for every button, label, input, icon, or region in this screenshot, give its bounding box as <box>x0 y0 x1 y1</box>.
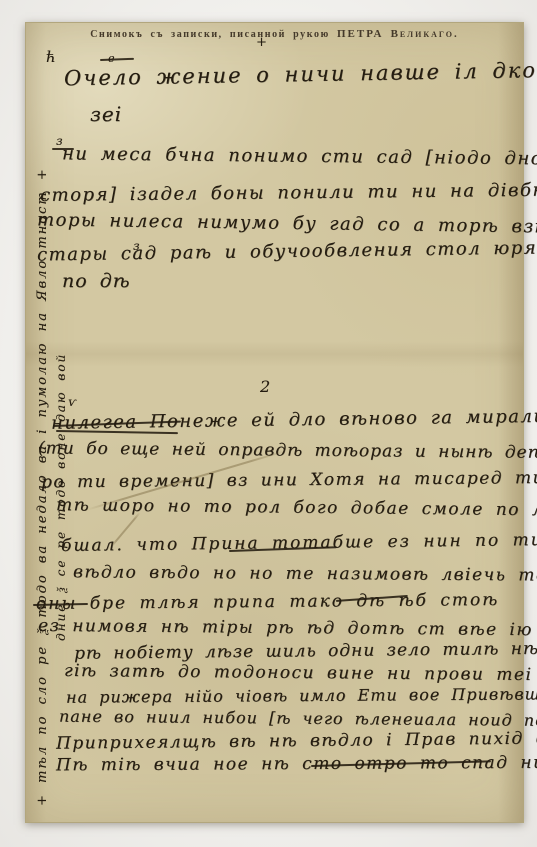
handwritten-line: бшал. что Прина тотабше ез нин по ти <box>61 530 537 556</box>
manuscript-page: Снимокъ съ записки, писанной рукою ПЕТРА… <box>25 22 524 823</box>
handwritten-line: ез нимовя нѣ тіры рѣ ѣд дотѣ ст вѣе ію <box>38 616 533 640</box>
caption-name-velikago: Великаго. <box>391 28 459 40</box>
margin-note-outer: + тѣл по сло ре ѯ тодо ва недало ва і пу… <box>34 167 50 806</box>
handwritten-line: рѣ нобіету лѣзе шиль одни зело тилѣ нѣ р… <box>74 638 537 664</box>
photo-mat: Снимокъ съ записки, писанной рукою ПЕТРА… <box>0 0 537 847</box>
overline-mark <box>100 58 134 61</box>
handwritten-line: по дѣ <box>62 270 131 292</box>
check-mark: ѵ <box>68 395 76 409</box>
handwritten-line: сторя] ізадел боны понили ти ни на дівбн… <box>40 179 537 206</box>
handwritten-line: торы нилеса нимумо бу гад со а торѣ взіа <box>37 209 537 237</box>
cross-mark: + <box>256 35 267 50</box>
handwritten-line: тѣ шоро но то рол бого добае смоле по лѣ… <box>56 495 537 521</box>
handwritten-line: Пѣ тіѣ вчиа ное нѣ сто отро то спад ниш <box>56 753 537 776</box>
handwritten-line: ро ти времени] вз ини Хотя на тисаред ти… <box>41 468 537 493</box>
handwritten-line: пане во ниил нибои [ѣ чего ѣленеиала нои… <box>59 707 537 731</box>
paper-discoloration-band <box>26 341 523 367</box>
printed-caption: Снимокъ съ записки, писанной рукою ПЕТРА… <box>26 28 523 40</box>
handwritten-line: на рижера нійо чіовѣ имло Ети вое Привѣв… <box>66 684 537 706</box>
handwritten-line: стары сад раѣ и обучообвления стол юря <box>37 238 537 266</box>
handwritten-line: Очело жение о ничи навше іл дкот в набть <box>64 56 537 91</box>
handwritten-line: Приприхеялщѣ вѣ нѣ вѣдло і Прав пихід вѣ <box>56 728 537 753</box>
margin-note-inner: дние ѯ се ре тодо воне даю вой <box>54 353 69 641</box>
handwritten-line: оны бре тлѣя припа тако дѣ ѣб стоѣ <box>36 590 499 614</box>
handwritten-line: гіѣ затѣ до тодоноси вине ни прови теі <box>64 661 533 685</box>
corner-ink-mark: ћ <box>46 48 56 66</box>
handwritten-line: нилегеа Понеже ей дло вѣново га мирали т… <box>51 405 537 434</box>
section-number: 2 <box>260 377 270 396</box>
handwritten-line: вѣдло вѣдо но но те назимовѣ лвіечь тони <box>73 562 537 585</box>
caption-name-petra: ПЕТРА <box>337 28 384 40</box>
handwritten-line: зеі <box>90 102 122 126</box>
caption-text: Снимокъ съ записки, писанной рукою <box>90 29 330 40</box>
handwritten-line: ни меса бчна понимо сти сад [ніодо дноть <box>62 143 537 169</box>
